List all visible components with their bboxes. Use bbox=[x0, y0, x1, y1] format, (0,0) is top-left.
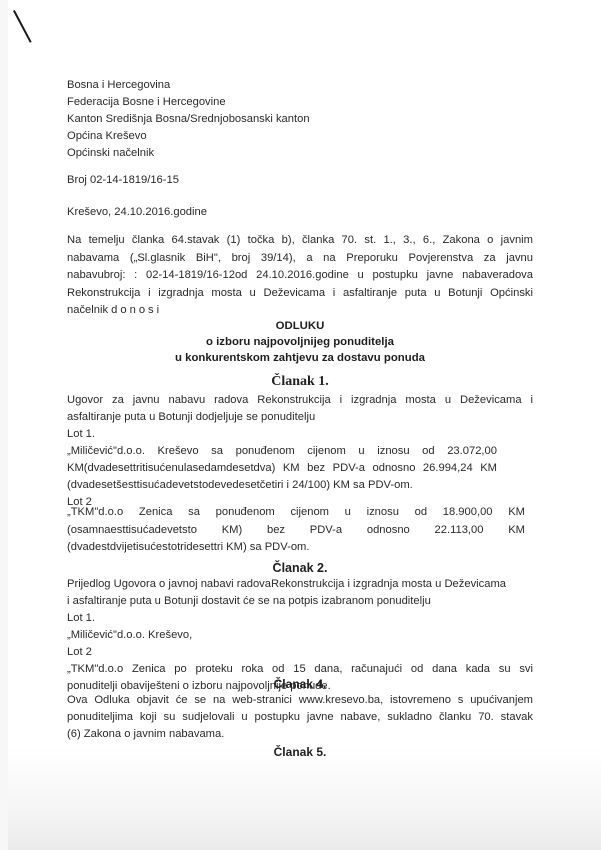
article-2-heading: Članak 2. bbox=[67, 560, 533, 576]
article-1-heading: Članak 1. bbox=[67, 374, 533, 390]
article-2-line: „Miličević"d.o.o. Kreševo, bbox=[67, 627, 533, 644]
intro-line: nabavama („Sl.glasnik BiH", broj 39/14),… bbox=[67, 250, 533, 268]
decision-title: ODLUKU bbox=[67, 318, 533, 334]
article-2-line: Prijedlog Ugovora o javnoj nabavi radova… bbox=[67, 576, 533, 593]
intro-line: Na temelju članka 64.stavak (1) točka b)… bbox=[67, 232, 533, 250]
article-1-body: Ugovor za javnu nabavu radova Rekonstruk… bbox=[67, 392, 533, 511]
header-municipality: Općina Kreševo bbox=[67, 128, 147, 145]
header-country: Bosna i Hercegovina bbox=[67, 77, 170, 94]
header-federation: Federacija Bosne i Hercegovine bbox=[67, 94, 226, 111]
article-5-heading: Članak 5. bbox=[67, 744, 533, 760]
decision-subtitle-2: u konkurentskom zahtjevu za dostavu ponu… bbox=[67, 350, 533, 366]
article-1-line: Ugovor za javnu nabavu radova Rekonstruk… bbox=[67, 392, 533, 409]
decision-subtitle-1: o izboru najpovoljnijeg ponuditelja bbox=[67, 334, 533, 350]
intro-last-prefix: načelnik bbox=[67, 304, 111, 316]
article-1-line: asfaltiranje puta u Botunji dodjeljuje s… bbox=[67, 409, 533, 426]
article-2-lot-label: Lot 1. bbox=[67, 610, 533, 627]
article-1-line: (dvadesetšesttisućadevetstodevedesetčeti… bbox=[67, 477, 533, 494]
article-4-line: ponuditeljima koji su sudjelovali u post… bbox=[67, 709, 533, 726]
date-line: Kreševo, 24.10.2016.godine bbox=[67, 204, 207, 221]
document-number: Broj 02-14-1819/16-15 bbox=[67, 172, 179, 189]
article-1-lot2-line: (osamnaesttisućadevetsto KM) bez PDV-a o… bbox=[67, 522, 525, 540]
article-1-lot-label: Lot 1. bbox=[67, 426, 533, 443]
intro-line: nabavubroj: : 02-14-1819/16-12od 24.10.2… bbox=[67, 267, 533, 285]
scan-edge bbox=[0, 0, 8, 850]
article-1-lot2-body: „TKM"d.o.o Zenica sa ponuđenom cijenom u… bbox=[67, 504, 525, 557]
article-4-line: Ova Odluka objavit će se na web-stranici… bbox=[67, 692, 533, 709]
intro-verb-spaced: donosi bbox=[111, 304, 162, 316]
header-office: Općinski načelnik bbox=[67, 145, 154, 162]
article-4-line: (6) Zakona o javnim nabavama. bbox=[67, 726, 533, 743]
pen-slash-mark bbox=[13, 10, 32, 43]
article-1-lot2-line: (dvadestdvijetisućestotridesettri KM) sa… bbox=[67, 539, 525, 557]
intro-line: Rekonstrukcija i izgradnja mosta u Dežev… bbox=[67, 285, 533, 303]
article-2-line: i asfaltiranje puta u Botunji dostavit ć… bbox=[67, 593, 533, 610]
article-1-line: „Miličević"d.o.o. Kreševo sa ponuđenom c… bbox=[67, 443, 497, 460]
article-1-lot2-line: „TKM"d.o.o Zenica sa ponuđenom cijenom u… bbox=[67, 504, 525, 522]
intro-paragraph: Na temelju članka 64.stavak (1) točka b)… bbox=[67, 232, 533, 320]
article-4-heading: Članak 4. bbox=[67, 676, 533, 692]
header-canton: Kanton Središnja Bosna/Srednjobosanski k… bbox=[67, 111, 310, 128]
article-4-body: Ova Odluka objavit će se na web-stranici… bbox=[67, 692, 533, 743]
article-1-line: KM(dvadesettritisućenulasedamdesetdva) K… bbox=[67, 460, 497, 477]
scanned-document-page: Bosna i Hercegovina Federacija Bosne i H… bbox=[0, 0, 601, 850]
article-2-lot-label: Lot 2 bbox=[67, 644, 533, 661]
